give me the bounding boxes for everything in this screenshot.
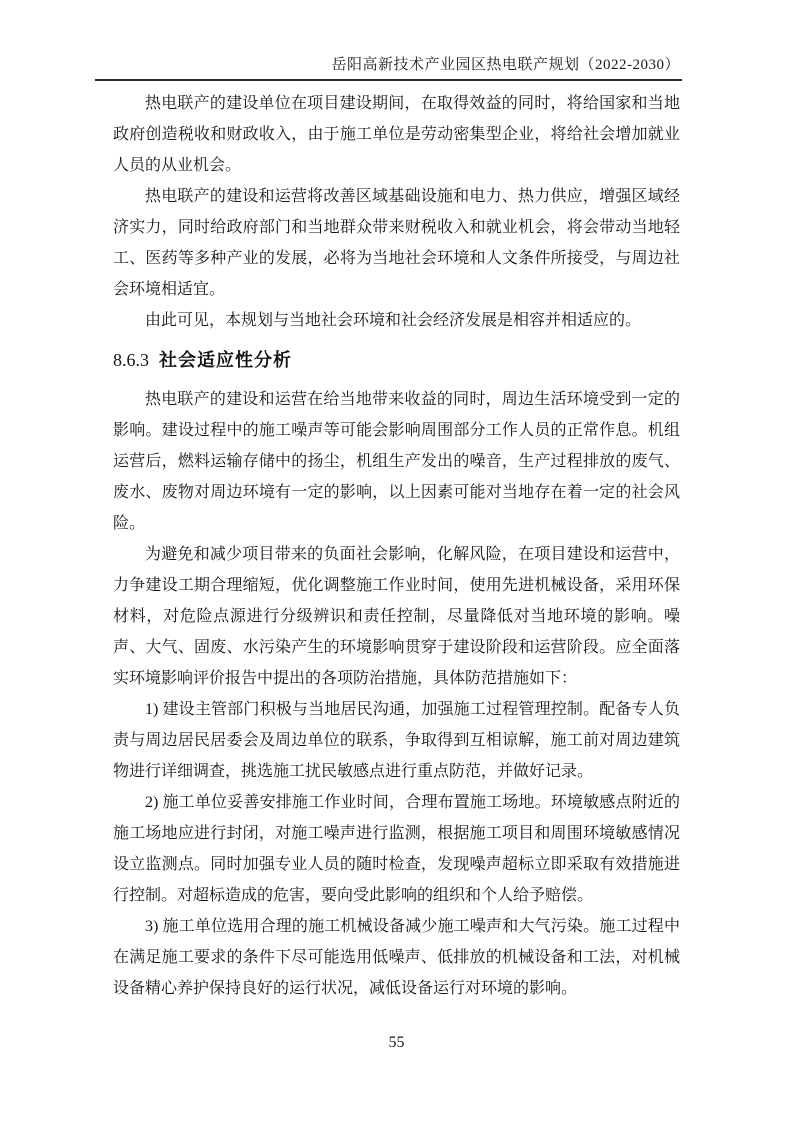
paragraph-compatibility-conclusion: 由此可见，本规划与当地社会环境和社会经济发展是相容并相适应的。 xyxy=(113,305,680,336)
measure-item-1: 1) 建设主管部门积极与当地居民沟通，加强施工过程管理控制。配备专人负责与周边居… xyxy=(113,694,680,787)
measure-item-2: 2) 施工单位妥善安排施工作业时间，合理布置施工场地。环境敏感点附近的施工场地应… xyxy=(113,787,680,911)
page-header: 岳阳高新技术产业园区热电联产规划（2022-2030） xyxy=(113,0,680,81)
paragraph-mitigation-overview: 为避免和减少项目带来的负面社会影响，化解风险，在项目建设和运营中，力争建设工期合… xyxy=(113,539,680,694)
paragraph-regional-economy: 热电联产的建设和运营将改善区域基础设施和电力、热力供应，增强区域经济实力，同时给… xyxy=(113,181,680,305)
header-title: 岳阳高新技术产业园区热电联产规划（2022-2030） xyxy=(113,0,680,76)
section-title: 社会适应性分析 xyxy=(159,350,292,370)
document-page: 岳阳高新技术产业园区热电联产规划（2022-2030） 热电联产的建设单位在项目… xyxy=(0,0,793,1122)
paragraph-construction-benefits: 热电联产的建设单位在项目建设期间，在取得效益的同时，将给国家和当地政府创造税收和… xyxy=(113,88,680,181)
document-body: 热电联产的建设单位在项目建设期间，在取得效益的同时，将给国家和当地政府创造税收和… xyxy=(113,80,680,1004)
measure-item-3: 3) 施工单位选用合理的施工机械设备减少施工噪声和大气污染。施工过程中在满足施工… xyxy=(113,911,680,1004)
section-heading: 8.6.3社会适应性分析 xyxy=(113,346,680,374)
page-footer: 55 xyxy=(0,1032,793,1054)
page-number: 55 xyxy=(0,1032,793,1054)
section-number: 8.6.3 xyxy=(113,350,149,370)
paragraph-social-risk: 热电联产的建设和运营在给当地带来收益的同时，周边生活环境受到一定的影响。建设过程… xyxy=(113,384,680,539)
